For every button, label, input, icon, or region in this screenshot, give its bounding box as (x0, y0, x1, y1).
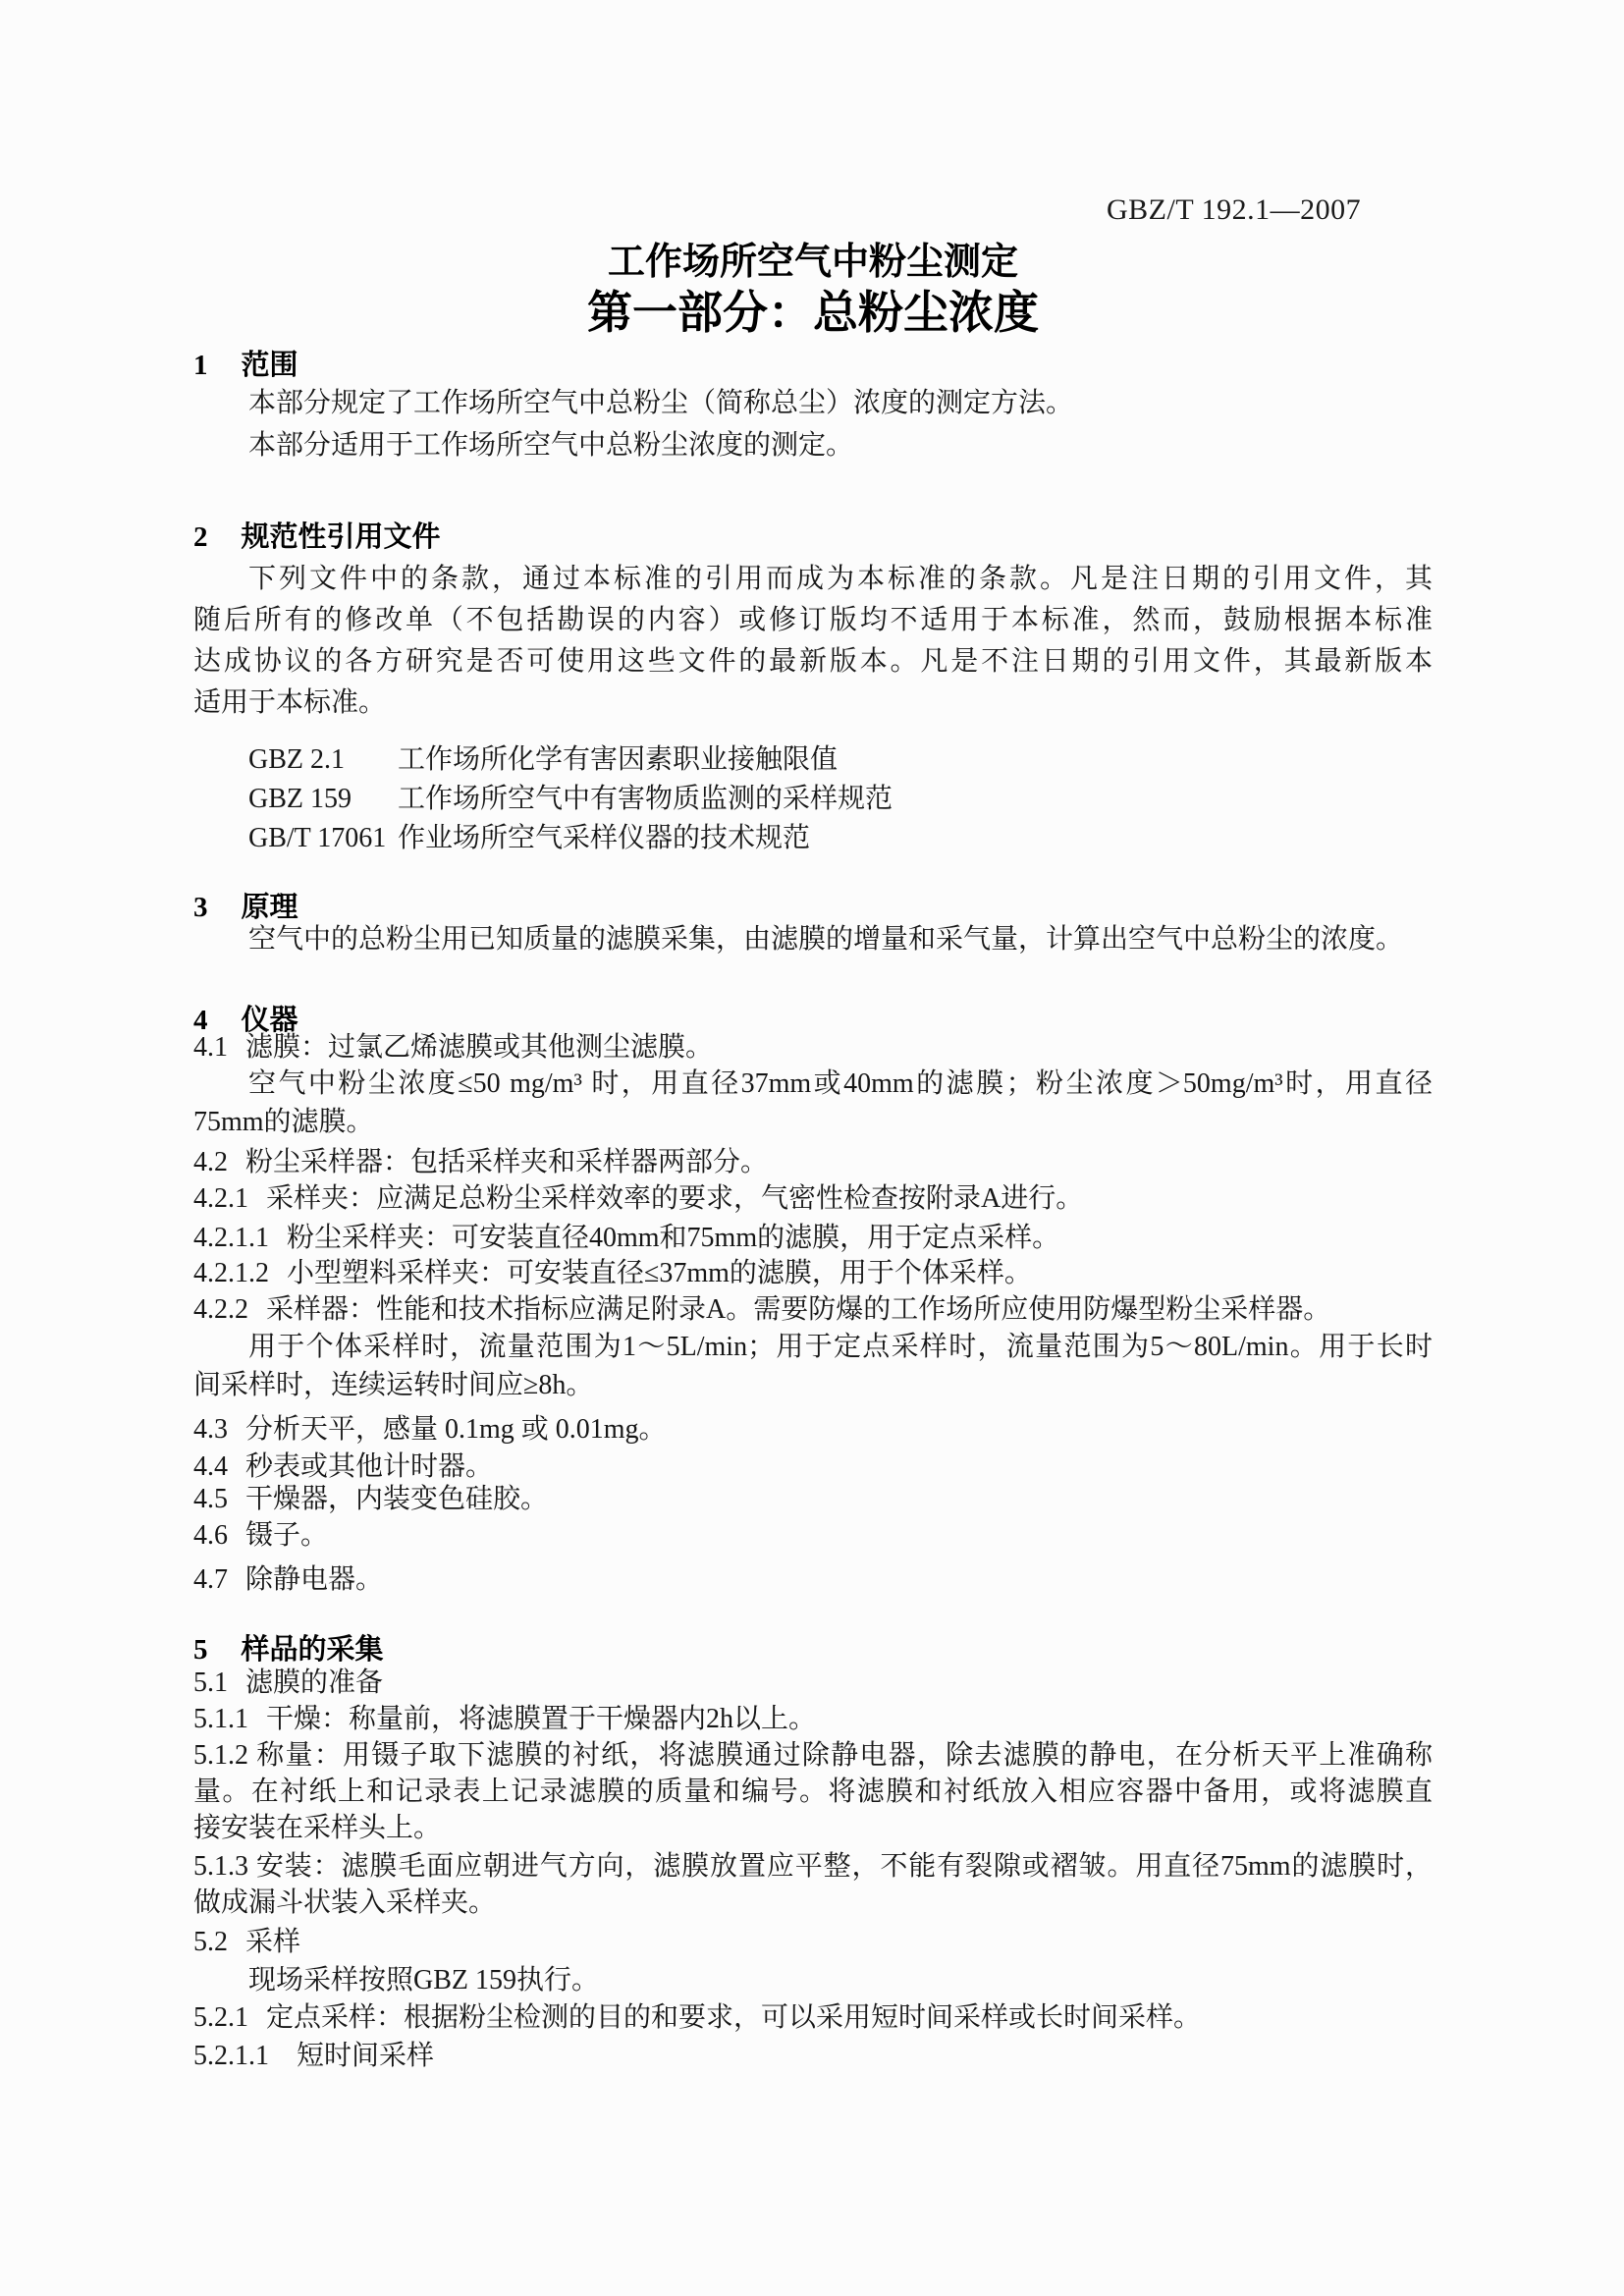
reference-code: GBZ 159 (248, 780, 398, 819)
clause-4-2-1-2: 4.2.1.2小型塑料采样夹：可安装直径≤37mm的滤膜，用于个体采样。 (193, 1254, 1433, 1293)
clause-number: 4.2.1 (193, 1183, 248, 1214)
clause-text: 粉尘采样器：包括采样夹和采样器两部分。 (245, 1147, 768, 1177)
doc-title-line1: 工作场所空气中粉尘测定 (193, 240, 1433, 285)
reference-code: GB/T 17061 (248, 819, 398, 858)
clause-text: 干燥：称量前，将滤膜置于干燥器内2h以上。 (266, 1704, 816, 1734)
clause-5-1-2-paragraph: 5.1.2 称量：用镊子取下滤膜的衬纸，将滤膜通过除静电器，除去滤膜的静电，在分… (193, 1737, 1433, 1846)
reference-title: 作业场所空气采样仪器的技术规范 (398, 823, 810, 853)
doc-title-line2: 第一部分：总粉尘浓度 (193, 287, 1433, 340)
clause-5-1: 5.1滤膜的准备 (193, 1664, 1433, 1703)
clause-text: 分析天平，感量 0.1mg 或 0.01mg。 (245, 1414, 667, 1445)
section-number: 1 (193, 346, 208, 385)
section-2-paragraph: 下列文件中的条款，通过本标准的引用而成为本标准的条款。凡是注日期的引用文件，其 … (193, 559, 1433, 724)
clause-5-2-paragraph: 现场采样按照GBZ 159执行。 (193, 1961, 1433, 2000)
paragraph-line: 75mm的滤膜。 (193, 1103, 1433, 1141)
paragraph-line: 随后所有的修改单（不包括勘误的内容）或修订版均不适用于本标准，然而，鼓励根据本标… (193, 600, 1433, 641)
clause-number: 5.2.1.1 (193, 2041, 269, 2071)
clause-text: 采样器：性能和技术指标应满足附录A。需要防爆的工作场所应使用防爆型粉尘采样器。 (266, 1294, 1330, 1325)
clause-number: 4.2.2 (193, 1294, 248, 1325)
reference-item: GBZ 159工作场所空气中有害物质监测的采样规范 (248, 780, 1433, 819)
section-2-heading: 2规范性引用文件 (193, 518, 1433, 557)
section-number: 2 (193, 518, 208, 557)
paragraph-line: 间采样时，连续运转时间应≥8h。 (193, 1366, 1433, 1404)
clause-5-1-1: 5.1.1干燥：称量前，将滤膜置于干燥器内2h以上。 (193, 1700, 1433, 1739)
section-1-heading: 1范围 (193, 346, 1433, 385)
clause-number: 5.2 (193, 1927, 228, 1957)
paragraph-line: 接安装在采样头上。 (193, 1810, 1433, 1846)
clause-number: 4.2 (193, 1147, 228, 1177)
clause-number: 4.5 (193, 1484, 228, 1514)
clause-5-2-1-1: 5.2.1.1短时间采样 (193, 2037, 1433, 2076)
section-title: 规范性引用文件 (242, 521, 441, 553)
section-title: 原理 (242, 892, 298, 923)
clause-number: 4.6 (193, 1520, 228, 1551)
clause-number: 4.2.1.2 (193, 1258, 269, 1288)
clause-text: 镊子。 (245, 1520, 328, 1551)
clause-4-1: 4.1滤膜：过氯乙烯滤膜或其他测尘滤膜。 (193, 1028, 1433, 1067)
clause-text: 除静电器。 (245, 1564, 383, 1595)
section-3-paragraph: 空气中的总粉尘用已知质量的滤膜采集，由滤膜的增量和采气量，计算出空气中总粉尘的浓… (193, 920, 1433, 959)
clause-4-2-2-paragraph: 用于个体采样时，流量范围为1～5L/min；用于定点采样时，流量范围为5～80L… (193, 1328, 1433, 1404)
clause-text: 粉尘采样夹：可安装直径40mm和75mm的滤膜，用于定点采样。 (287, 1223, 1059, 1253)
clause-4-3: 4.3分析天平，感量 0.1mg 或 0.01mg。 (193, 1410, 1433, 1449)
clause-text: 短时间采样 (297, 2041, 434, 2071)
clause-text: 秒表或其他计时器。 (245, 1451, 493, 1482)
clause-5-2-1: 5.2.1定点采样：根据粉尘检测的目的和要求，可以采用短时间采样或长时间采样。 (193, 1998, 1433, 2038)
clause-4-7: 4.7除静电器。 (193, 1560, 1433, 1600)
clause-4-1-paragraph: 空气中粉尘浓度≤50 mg/m³ 时，用直径37mm或40mm的滤膜；粉尘浓度＞… (193, 1065, 1433, 1141)
reference-item: GB/T 17061作业场所空气采样仪器的技术规范 (248, 819, 1433, 858)
section-title: 样品的采集 (242, 1634, 384, 1666)
paragraph-line: 适用于本标准。 (193, 683, 1433, 724)
reference-item: GBZ 2.1工作场所化学有害因素职业接触限值 (248, 740, 1433, 780)
doc-number: GBZ/T 192.1—2007 (1107, 193, 1431, 227)
clause-text: 干燥器，内装变色硅胶。 (245, 1484, 548, 1514)
paragraph-line: 5.1.2 称量：用镊子取下滤膜的衬纸，将滤膜通过除静电器，除去滤膜的静电，在分… (193, 1737, 1433, 1774)
clause-number: 4.1 (193, 1032, 228, 1063)
paragraph-line: 5.1.3 安装：滤膜毛面应朝进气方向，滤膜放置应平整，不能有裂隙或褶皱。用直径… (193, 1848, 1433, 1885)
clause-4-2-1-1: 4.2.1.1粉尘采样夹：可安装直径40mm和75mm的滤膜，用于定点采样。 (193, 1219, 1433, 1258)
clause-text: 定点采样：根据粉尘检测的目的和要求，可以采用短时间采样或长时间采样。 (266, 2002, 1201, 2033)
paragraph-line: 用于个体采样时，流量范围为1～5L/min；用于定点采样时，流量范围为5～80L… (193, 1328, 1433, 1366)
paragraph-line: 做成漏斗状装入采样夹。 (193, 1885, 1433, 1921)
clause-4-2: 4.2粉尘采样器：包括采样夹和采样器两部分。 (193, 1143, 1433, 1182)
reference-list: GBZ 2.1工作场所化学有害因素职业接触限值 GBZ 159工作场所空气中有害… (248, 740, 1433, 858)
paragraph-line: 量。在衬纸上和记录表上记录滤膜的质量和编号。将滤膜和衬纸放入相应容器中备用，或将… (193, 1774, 1433, 1810)
clause-4-2-1: 4.2.1采样夹：应满足总粉尘采样效率的要求，气密性检查按附录A进行。 (193, 1179, 1433, 1219)
reference-title: 工作场所化学有害因素职业接触限值 (398, 744, 838, 775)
reference-code: GBZ 2.1 (248, 740, 398, 780)
clause-number: 4.4 (193, 1451, 228, 1482)
clause-number: 5.2.1 (193, 2002, 248, 2033)
clause-text: 采样 (245, 1927, 300, 1957)
clause-number: 4.7 (193, 1564, 228, 1595)
clause-4-2-2: 4.2.2采样器：性能和技术指标应满足附录A。需要防爆的工作场所应使用防爆型粉尘… (193, 1290, 1433, 1330)
section-1-paragraph-1: 本部分规定了工作场所空气中总粉尘（简称总尘）浓度的测定方法。 (193, 384, 1433, 423)
clause-5-1-3-paragraph: 5.1.3 安装：滤膜毛面应朝进气方向，滤膜放置应平整，不能有裂隙或褶皱。用直径… (193, 1848, 1433, 1921)
clause-text: 采样夹：应满足总粉尘采样效率的要求，气密性检查按附录A进行。 (266, 1183, 1083, 1214)
clause-number: 4.3 (193, 1414, 228, 1445)
reference-title: 工作场所空气中有害物质监测的采样规范 (398, 784, 893, 814)
paragraph-line: 空气中粉尘浓度≤50 mg/m³ 时，用直径37mm或40mm的滤膜；粉尘浓度＞… (193, 1065, 1433, 1103)
paragraph-line: 下列文件中的条款，通过本标准的引用而成为本标准的条款。凡是注日期的引用文件，其 (193, 559, 1433, 600)
section-title: 范围 (242, 350, 298, 381)
clause-text: 滤膜的准备 (245, 1667, 383, 1698)
clause-number: 5.1 (193, 1667, 228, 1698)
clause-number: 5.1.1 (193, 1704, 248, 1734)
section-1-paragraph-2: 本部分适用于工作场所空气中总粉尘浓度的测定。 (193, 426, 1433, 465)
clause-text: 滤膜：过氯乙烯滤膜或其他测尘滤膜。 (245, 1032, 713, 1063)
clause-4-5: 4.5干燥器，内装变色硅胶。 (193, 1480, 1433, 1519)
clause-text: 小型塑料采样夹：可安装直径≤37mm的滤膜，用于个体采样。 (287, 1258, 1032, 1288)
clause-number: 4.2.1.1 (193, 1223, 269, 1253)
clause-4-6: 4.6镊子。 (193, 1516, 1433, 1556)
paragraph-line: 达成协议的各方研究是否可使用这些文件的最新版本。凡是不注日期的引用文件，其最新版… (193, 641, 1433, 683)
document-page: GBZ/T 192.1—2007 工作场所空气中粉尘测定 第一部分：总粉尘浓度 … (0, 0, 1624, 2296)
clause-5-2: 5.2采样 (193, 1923, 1433, 1962)
